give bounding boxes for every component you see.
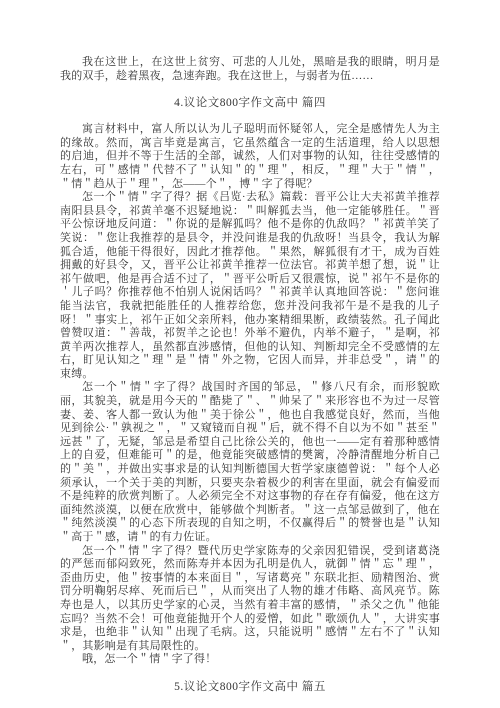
paragraph-chen-shou: 怎一个＂情＂字了得？暨代历史学家陈寿的父亲因犯错误，受到诸葛浇的严惩而郁闷致死，… (60, 545, 440, 654)
closing-line: 哦，怎一个＂情＂字了得！ (60, 653, 440, 667)
section-4-heading: 4.议论文800字作文高中 篇四 (60, 96, 440, 110)
paragraph-zou-ji: 怎一个＂情＂字了得？战国时齐国的邹忌，＂修八尺有余，而形貌欧丽，其貌美，就是用今… (60, 381, 440, 544)
paragraph-qi-huangyang: 怎一个＂情＂字了得？据《吕览·去私》篇载：晋平公让大夫祁黄羊推荐南阳县县令，祁黄… (60, 191, 440, 381)
intro-paragraph: 我在这世上，在这世上贫穷、可悲的人儿处，黑暗是我的眼睛，明月是我的双手，趁着黑夜… (60, 56, 440, 83)
document-page: 我在这世上，在这世上贫穷、可悲的人儿处，黑暗是我的眼睛，明月是我的双手，趁着黑夜… (0, 0, 500, 708)
paragraph-fable-material: 寓言材料中，富人所以认为儿子聪明而怀疑邻人，完全是感情先人为主的缘故。然而，寓言… (60, 123, 440, 191)
section-5-heading: 5.议论文800字作文高中 篇五 (60, 680, 440, 694)
